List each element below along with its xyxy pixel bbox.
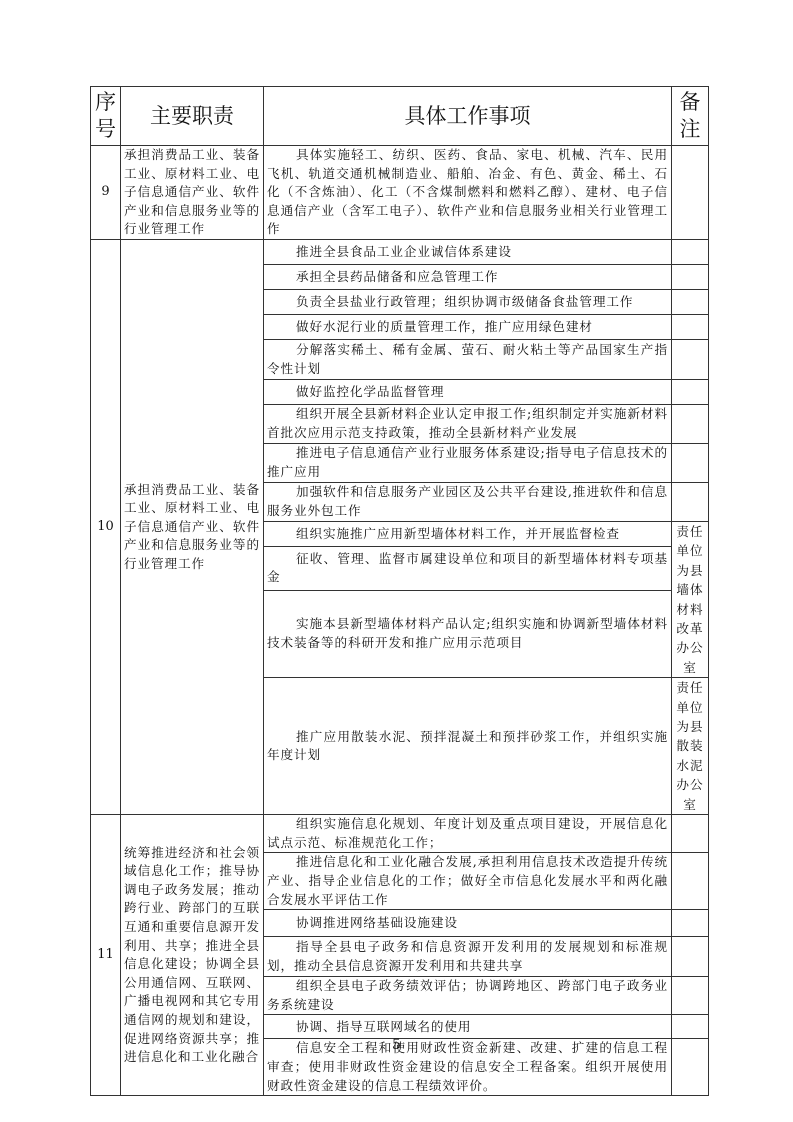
- header-num: 序号: [91, 87, 121, 146]
- note-cell: [672, 240, 709, 265]
- note-cell: 责任单位为县墙体材料改革办公室: [672, 522, 709, 678]
- main-duty: 统筹推进经济和社会领域信息化工作；推导协调电子政务发展；推动跨行业、跨部门的互联…: [121, 815, 264, 1096]
- note-cell: [672, 815, 709, 853]
- work-item: 分解落实稀土、稀有金属、萤石、耐火粘土等产品国家生产指令性计划: [264, 340, 672, 380]
- work-item: 组织实施推广应用新型墙体材料工作，并开展监督检查: [264, 522, 672, 547]
- note-cell: [672, 405, 709, 444]
- note-cell: [672, 977, 709, 1015]
- header-note: 备注: [672, 87, 709, 146]
- work-item: 协调、指导互联网域名的使用: [264, 1015, 672, 1039]
- work-item: 做好水泥行业的质量管理工作，推广应用绿色建材: [264, 315, 672, 340]
- note-cell: [672, 444, 709, 483]
- page-number: 5: [0, 1037, 793, 1053]
- work-item: 组织全县电子政务绩效评估；协调跨地区、跨部门电子政务业务系统建设: [264, 977, 672, 1015]
- row-number: 9: [91, 146, 121, 240]
- table-header-row: 序号 主要职责 具体工作事项 备注: [91, 87, 709, 146]
- row-number: 10: [91, 240, 121, 815]
- duties-table: 序号 主要职责 具体工作事项 备注 9 承担消费品工业、装备工业、原材料工业、电…: [90, 86, 709, 1096]
- work-item: 推进电子信息通信产业行业服务体系建设;指导电子信息技术的推广应用: [264, 444, 672, 483]
- note-cell: [672, 265, 709, 290]
- note-cell: [672, 910, 709, 937]
- work-item: 加强软件和信息服务产业园区及公共平台建设,推进软件和信息服务业外包工作: [264, 483, 672, 522]
- note-cell: [672, 315, 709, 340]
- table-row: 10 承担消费品工业、装备工业、原材料工业、电子信息通信产业、软件产业和信息服务…: [91, 240, 709, 265]
- work-item: 协调推进网络基础设施建设: [264, 910, 672, 937]
- work-item: 推进信息化和工业化融合发展,承担利用信息技术改造提升传统产业、指导企业信息化的工…: [264, 853, 672, 910]
- note-cell: [672, 380, 709, 405]
- header-items: 具体工作事项: [264, 87, 672, 146]
- note-cell: [672, 937, 709, 977]
- work-item: 具体实施轻工、纺织、医药、食品、家电、机械、汽车、民用飞机、轨道交通机械制造业、…: [264, 146, 672, 240]
- main-duty: 承担消费品工业、装备工业、原材料工业、电子信息通信产业、软件产业和信息服务业等的…: [121, 146, 264, 240]
- header-duty: 主要职责: [121, 87, 264, 146]
- work-item: 指导全县电子政务和信息资源开发利用的发展规划和标准规划，推动全县信息资源开发利用…: [264, 937, 672, 977]
- main-duty: 承担消费品工业、装备工业、原材料工业、电子信息通信产业、软件产业和信息服务业等的…: [121, 240, 264, 815]
- work-item: 承担全县药品储备和应急管理工作: [264, 265, 672, 290]
- note-cell: [672, 853, 709, 910]
- note-cell: [672, 290, 709, 315]
- note-cell: 责任单位为县散装水泥办公室: [672, 678, 709, 815]
- note-cell: [672, 483, 709, 522]
- table-row: 9 承担消费品工业、装备工业、原材料工业、电子信息通信产业、软件产业和信息服务业…: [91, 146, 709, 240]
- work-item: 实施本县新型墙体材料产品认定;组织实施和协调新型墙体材料技术装备等的科研开发和推…: [264, 590, 672, 678]
- row-number: 11: [91, 815, 121, 1096]
- note-cell: [672, 146, 709, 240]
- work-item: 征收、管理、监督市属建设单位和项目的新型墙体材料专项基金: [264, 547, 672, 590]
- work-item: 负责全县盐业行政管理；组织协调市级储备食盐管理工作: [264, 290, 672, 315]
- work-item: 做好监控化学品监督管理: [264, 380, 672, 405]
- work-item: 推进全县食品工业企业诚信体系建设: [264, 240, 672, 265]
- work-item: 组织实施信息化规划、年度计划及重点项目建设，开展信息化试点示范、标准规范化工作；: [264, 815, 672, 853]
- table-row: 11 统筹推进经济和社会领域信息化工作；推导协调电子政务发展；推动跨行业、跨部门…: [91, 815, 709, 853]
- work-item: 组织开展全县新材料企业认定申报工作;组织制定并实施新材料首批次应用示范支持政策，…: [264, 405, 672, 444]
- work-item: 推广应用散装水泥、预拌混凝土和预拌砂浆工作，并组织实施年度计划: [264, 678, 672, 815]
- note-cell: [672, 340, 709, 380]
- note-cell: [672, 1015, 709, 1039]
